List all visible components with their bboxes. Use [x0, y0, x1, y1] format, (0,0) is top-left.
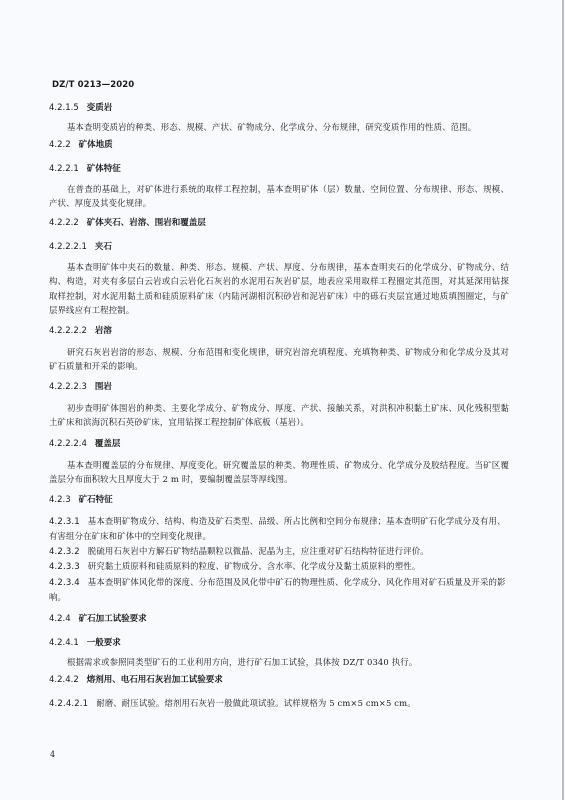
section-number: 4.2.2.2.4 [49, 438, 87, 450]
heading-4-2-2-2: 4.2.2.2矿体夹石、岩溶、围岩和覆盖层 [49, 217, 509, 229]
section-title: 熔剂用、电石用石灰岩加工试验要求 [87, 675, 223, 685]
section-title: 矿石加工试验要求 [79, 614, 147, 624]
ore-feature-item: 4.2.3.4基本查明矿体风化带的深度、分布范围及风化带中矿石的物理性质、化学成… [49, 575, 509, 605]
paragraph-orebody-features: 在普查的基础上，对矿体进行系统的取样工程控制，基本查明矿体（层）数量、空间位置、… [49, 182, 509, 211]
section-number: 4.2.4.2 [49, 674, 79, 686]
heading-4-2-4-1: 4.2.4.1一般要求 [49, 637, 509, 649]
paragraph-karst: 研究石灰岩岩溶的形态、规模、分布范围和变化规律，研究岩溶充填程度、充填物种类、矿… [49, 345, 509, 374]
paragraph-metamorphic-rock: 基本查明变质岩的种类、形态、规模、产状、矿物成分、化学成分、分布规律，研究变质作… [49, 120, 509, 135]
section-title: 矿体地质 [79, 140, 113, 150]
heading-4-2-3: 4.2.3矿石特征 [49, 494, 509, 506]
item-4-2-4-2-1: 4.2.4.2.1耐磨、耐压试验。熔剂用石灰岩一般做此项试验。试样规格为 5 c… [49, 696, 509, 712]
section-title: 岩溶 [95, 326, 112, 336]
heading-4-2-4-2: 4.2.4.2熔剂用、电石用石灰岩加工试验要求 [49, 674, 509, 686]
section-number: 4.2.2 [49, 139, 71, 151]
ore-feature-item: 4.2.3.3研究黏土质原料和硅质原料的粒度、矿物成分、含水率、化学成分及黏土质… [49, 559, 509, 575]
item-number: 4.2.3.1 [49, 517, 80, 527]
heading-4-2-2-2-2: 4.2.2.2.2岩溶 [49, 325, 509, 337]
section-title: 矿体夹石、岩溶、围岩和覆盖层 [87, 218, 206, 228]
section-title: 围岩 [95, 382, 112, 392]
section-number: 4.2.2.2.3 [49, 381, 87, 393]
item-number: 4.2.3.2 [49, 547, 80, 557]
heading-4-2-1-5: 4.2.1.5变质岩 [49, 102, 509, 114]
item-number: 4.2.3.4 [49, 578, 80, 588]
document-page: DZ/T 0213—2020 4.2.1.5变质岩 基本查明变质岩的种类、形态、… [0, 0, 564, 800]
item-text: 脱硫用石灰岩中方解石矿物结晶颗粒以微晶、泥晶为主，应注重对矿石结构特征进行评价。 [88, 546, 429, 556]
section-title: 变质岩 [87, 103, 113, 113]
heading-4-2-4: 4.2.4矿石加工试验要求 [49, 613, 509, 625]
section-title: 覆盖层 [95, 439, 121, 449]
section-title: 夹石 [95, 242, 112, 252]
item-text: 耐磨、耐压试验。熔剂用石灰岩一般做此项试验。试样规格为 5 cm×5 cm×5 … [96, 698, 416, 708]
section-number: 4.2.4.1 [49, 637, 79, 649]
page-number: 4 [50, 750, 55, 759]
item-number: 4.2.4.2.1 [49, 699, 88, 709]
heading-4-2-2-2-4: 4.2.2.2.4覆盖层 [49, 438, 509, 450]
section-number: 4.2.4 [49, 613, 71, 625]
ore-feature-item: 4.2.3.2脱硫用石灰岩中方解石矿物结晶颗粒以微晶、泥晶为主，应注重对矿石结构… [49, 544, 509, 560]
item-number: 4.2.3.3 [49, 562, 80, 572]
paragraph-interlayer: 基本查明矿体中夹石的数量、种类、形态、规模、产状、厚度、分布规律，基本查明夹石的… [49, 260, 509, 318]
item-text: 研究黏土质原料和硅质原料的粒度、矿物成分、含水率、化学成分及黏土质原料的塑性。 [88, 561, 420, 571]
section-number: 4.2.3 [49, 494, 71, 506]
section-number: 4.2.2.2.1 [49, 241, 87, 253]
section-title: 一般要求 [87, 638, 121, 648]
heading-4-2-2: 4.2.2矿体地质 [49, 139, 509, 151]
section-number: 4.2.2.2 [49, 217, 79, 229]
item-text: 基本查明矿体风化带的深度、分布范围及风化带中矿石的物理性质、化学成分、风化作用对… [49, 577, 506, 603]
item-text: 基本查明矿物成分、结构、构造及矿石类型、品级、所占比例和空间分布规律；基本查明矿… [49, 516, 506, 542]
section-number: 4.2.2.1 [49, 163, 79, 175]
ore-features-list: 4.2.3.1基本查明矿物成分、结构、构造及矿石类型、品级、所占比例和空间分布规… [49, 514, 509, 605]
heading-4-2-2-2-3: 4.2.2.2.3围岩 [49, 381, 509, 393]
section-title: 矿体特征 [87, 164, 121, 174]
standard-code-header: DZ/T 0213—2020 [52, 80, 134, 90]
document-body: 4.2.1.5变质岩 基本查明变质岩的种类、形态、规模、产状、矿物成分、化学成分… [49, 102, 509, 712]
heading-4-2-2-2-1: 4.2.2.2.1夹石 [49, 241, 509, 253]
paragraph-general-requirements: 根据需求或参照同类型矿石的工业利用方向，进行矿石加工试验，具体按 DZ/T 03… [49, 655, 509, 670]
section-title: 矿石特征 [79, 495, 113, 505]
heading-4-2-2-1: 4.2.2.1矿体特征 [49, 163, 509, 175]
paragraph-overburden: 基本查明覆盖层的分布规律、厚度变化。研究覆盖层的种类、物理性质、矿物成分、化学成… [49, 458, 509, 487]
section-number: 4.2.1.5 [49, 102, 79, 114]
ore-feature-item: 4.2.3.1基本查明矿物成分、结构、构造及矿石类型、品级、所占比例和空间分布规… [49, 514, 509, 544]
paragraph-wall-rock: 初步查明矿体围岩的种类、主要化学成分、矿物成分、厚度、产状、接触关系，对洪积冲积… [49, 401, 509, 430]
section-number: 4.2.2.2.2 [49, 325, 87, 337]
